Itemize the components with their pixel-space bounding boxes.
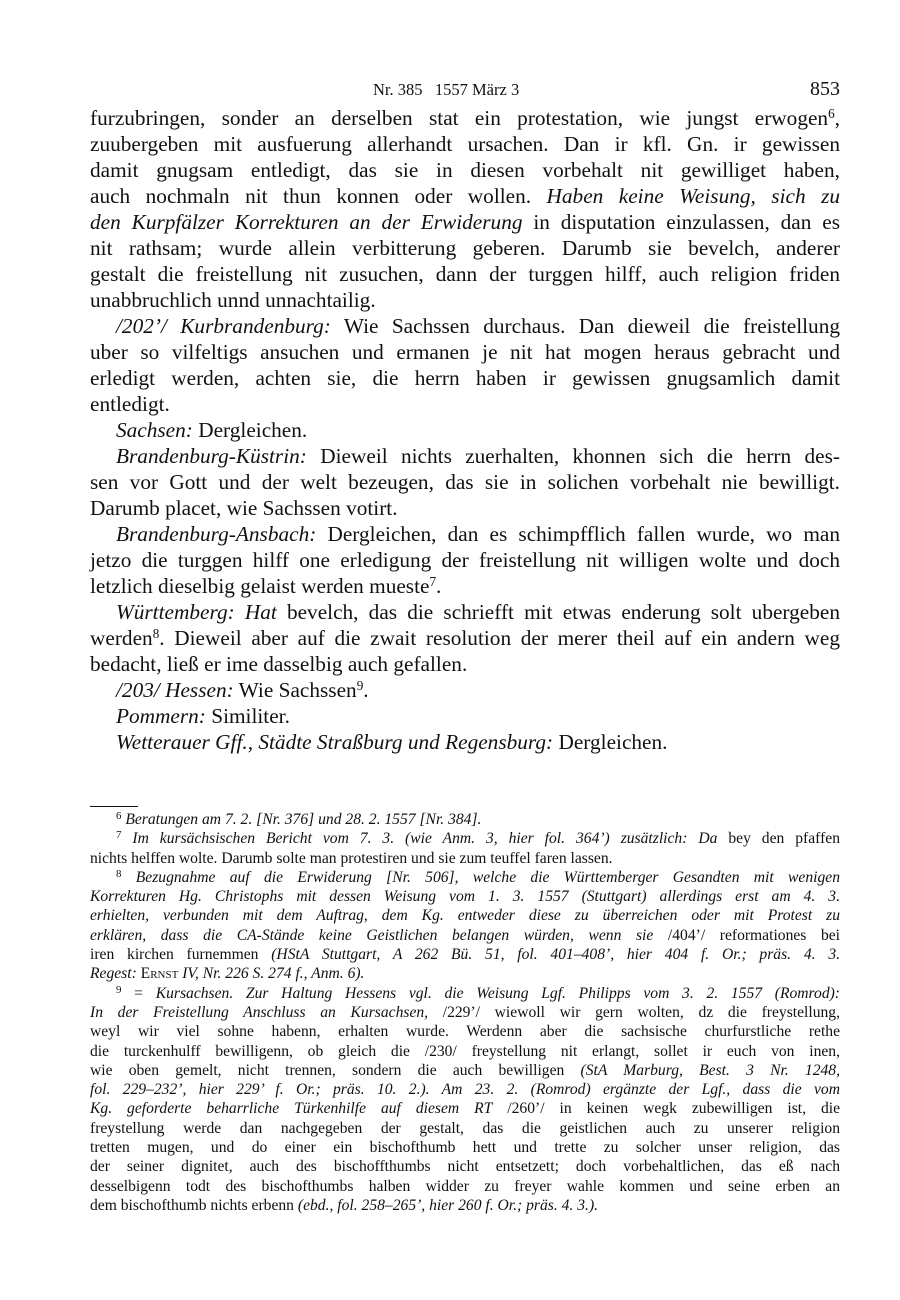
text-run: weyl wir viel sohne habenn, erhalten wur… bbox=[90, 1023, 840, 1040]
page-number: 853 bbox=[810, 78, 840, 101]
text-run: erledigt werden, achten sie, die herrn h… bbox=[90, 366, 840, 390]
text-run: furzubringen, sonder an derselben stat e… bbox=[90, 106, 828, 130]
italic-run: Haben keine Weisung, sich zu bbox=[547, 184, 840, 208]
footnote-reference: 8 bbox=[153, 626, 160, 641]
body-line: zuubergeben mit ausfuerung allerhandt ur… bbox=[90, 131, 840, 157]
footnote-separator bbox=[90, 806, 138, 807]
footnote-line: nichts helffen wolte. Darumb solte man p… bbox=[90, 849, 840, 868]
text-run: iren kirchen furnemmen bbox=[90, 946, 271, 963]
body-line: /202’/ Kurbrandenburg: Wie Sachssen durc… bbox=[90, 313, 840, 339]
body-line: sen vor Gott und der welt bezeugen, das … bbox=[90, 469, 840, 495]
footnote-line: desselbigenn todt des bischofthumbs halb… bbox=[90, 1177, 840, 1196]
small-caps-run: Ernst bbox=[141, 965, 179, 982]
body-line: uber so vilfeltigs ansuchen und ermanen … bbox=[90, 339, 840, 365]
body-line: Württemberg: Hat bevelch, das die schrie… bbox=[90, 599, 840, 625]
footnote-line: freystellung werde dan nachgegeben der g… bbox=[90, 1119, 840, 1138]
footnote-line: erhielten, verbunden mit dem Auftrag, de… bbox=[90, 906, 840, 925]
footnote-line: Regest: Ernst IV, Nr. 226 S. 274 f., Anm… bbox=[90, 964, 840, 983]
italic-run: (ebd., fol. 258–265’, hier 260 f. Or.; p… bbox=[298, 1197, 598, 1214]
text-run: auch nochmaln nit thun konnen oder wolle… bbox=[90, 184, 547, 208]
italic-run: Pommern: bbox=[116, 704, 206, 728]
text-run: , bbox=[835, 106, 840, 130]
running-title: Nr. 385 1557 März 3 bbox=[373, 80, 519, 100]
body-line: entledigt. bbox=[90, 391, 840, 417]
text-run: /260’/ in keinen wegk zubewilligen ist, … bbox=[492, 1100, 840, 1117]
text-run: unabbruchlich unnd unnachtailig. bbox=[90, 288, 376, 312]
italic-run: erhielten, verbunden mit dem Auftrag, de… bbox=[90, 907, 840, 924]
footnote-line: Korrekturen Hg. Christophs mit dessen We… bbox=[90, 887, 840, 906]
text-run: Dergleichen. bbox=[193, 418, 307, 442]
running-header: Nr. 385 1557 März 3 853 bbox=[90, 80, 840, 104]
footnote-line: 6 Beratungen am 7. 2. [Nr. 376] und 28. … bbox=[90, 810, 840, 829]
footnote-line: 8 Bezugnahme auf die Erwiderung [Nr. 506… bbox=[90, 868, 840, 887]
body-line: nit rathsam; wurde allein verbitterung g… bbox=[90, 235, 840, 261]
body-line: Brandenburg-Ansbach: Dergleichen, dan es… bbox=[90, 521, 840, 547]
italic-run: (StA Marburg, Best. 3 Nr. 1248, bbox=[581, 1062, 840, 1079]
text-run: gestalt die freistellung nit zusuchen, d… bbox=[90, 262, 840, 286]
text-run: Dieweil nichts zuerhalten, khonnen sich … bbox=[307, 444, 840, 468]
text-run: letzlich dieselbig gelaist werden mueste bbox=[90, 574, 429, 598]
body-line: erledigt werden, achten sie, die herrn h… bbox=[90, 365, 840, 391]
italic-run: In der Freistellung Anschluss an Kursach… bbox=[90, 1004, 428, 1021]
text-run: . bbox=[436, 574, 441, 598]
italic-run: Korrekturen Hg. Christophs mit dessen We… bbox=[90, 888, 840, 905]
text-run: nichts helffen wolte. Darumb solte man p… bbox=[90, 850, 613, 867]
text-run: zuubergeben mit ausfuerung allerhandt ur… bbox=[90, 132, 840, 156]
footnote-number: 7 bbox=[116, 829, 121, 841]
body-line: /203/ Hessen: Wie Sachssen9. bbox=[90, 677, 840, 703]
footnote-line: 7 Im kursächsischen Bericht vom 7. 3. (w… bbox=[90, 829, 840, 848]
text-run: wie oben gemelt, nicht trennen, sondern … bbox=[90, 1062, 581, 1079]
footnote-line: tretten mugen, und do einer ein bischoft… bbox=[90, 1138, 840, 1157]
text-run: der seiner dignitet, auch des bischoffth… bbox=[90, 1158, 840, 1175]
italic-run: /202’/ Kurbrandenburg: bbox=[116, 314, 331, 338]
text-run: desselbigenn todt des bischofthumbs halb… bbox=[90, 1178, 840, 1195]
body-line: Wetterauer Gff., Städte Straßburg und Re… bbox=[90, 729, 840, 755]
italic-run: fol. 229–232’, hier 229’ f. Or.; präs. 1… bbox=[90, 1081, 840, 1098]
text-run: dem bischofthumb nichts erbenn bbox=[90, 1197, 298, 1214]
italic-run: Beratungen am 7. 2. [Nr. 376] und 28. 2.… bbox=[121, 811, 481, 828]
body-line: Brandenburg-Küstrin: Dieweil nichts zuer… bbox=[90, 443, 840, 469]
footnotes: 6 Beratungen am 7. 2. [Nr. 376] und 28. … bbox=[90, 810, 840, 1215]
footnote-line: der seiner dignitet, auch des bischoffth… bbox=[90, 1157, 840, 1176]
footnote-line: erklären, dass die CA-Stände keine Geist… bbox=[90, 926, 840, 945]
text-run: = bbox=[121, 985, 155, 1002]
text-run: . Dieweil aber auf die zwait resolution … bbox=[159, 626, 840, 650]
text-run: bey den pfaffen bbox=[717, 830, 840, 847]
italic-run: /203/ Hessen: bbox=[116, 678, 234, 702]
body-line: gestalt die freistellung nit zusuchen, d… bbox=[90, 261, 840, 287]
footnote-line: Kg. geforderte beharrliche Türkenhilfe a… bbox=[90, 1099, 840, 1118]
body-line: furzubringen, sonder an derselben stat e… bbox=[90, 105, 840, 131]
body-line: unabbruchlich unnd unnachtailig. bbox=[90, 287, 840, 313]
footnote-reference: 9 bbox=[357, 678, 364, 693]
text-run: tretten mugen, und do einer ein bischoft… bbox=[90, 1139, 840, 1156]
footnote-line: wie oben gemelt, nicht trennen, sondern … bbox=[90, 1061, 840, 1080]
italic-run: Regest: bbox=[90, 965, 141, 982]
body-line: auch nochmaln nit thun konnen oder wolle… bbox=[90, 183, 840, 209]
text-run: Wie Sachssen bbox=[234, 678, 357, 702]
text-run: werden bbox=[90, 626, 153, 650]
text-run: nit rathsam; wurde allein verbitterung g… bbox=[90, 236, 840, 260]
text-run: Dergleichen, dan es schimpfflich fallen … bbox=[316, 522, 840, 546]
italic-run: (HStA Stuttgart, A 262 Bü. 51, fol. 401–… bbox=[271, 946, 840, 963]
italic-run: Württemberg: Hat bbox=[116, 600, 277, 624]
italic-run: Brandenburg-Küstrin: bbox=[116, 444, 307, 468]
italic-run: Brandenburg-Ansbach: bbox=[116, 522, 316, 546]
footnote-line: weyl wir viel sohne habenn, erhalten wur… bbox=[90, 1022, 840, 1041]
text-run: Darumb placet, wie Sachssen votirt. bbox=[90, 496, 398, 520]
footnote-line: die turckenhulff bewilligenn, ob gleich … bbox=[90, 1042, 840, 1061]
italic-run: Kursachsen. Zur Haltung Hessens vgl. die… bbox=[156, 985, 840, 1002]
body-line: damit gnugsam entledigt, das sie in dies… bbox=[90, 157, 840, 183]
main-text: furzubringen, sonder an derselben stat e… bbox=[90, 105, 840, 755]
body-line: jetzo die turggen hilff one erledigung d… bbox=[90, 547, 840, 573]
text-run: Wie Sachssen durchaus. Dan dieweil die f… bbox=[331, 314, 840, 338]
text-run: die turckenhulff bewilligenn, ob gleich … bbox=[90, 1043, 840, 1060]
italic-run: IV, Nr. 226 S. 274 f., Anm. 6). bbox=[178, 965, 364, 982]
text-run: bedacht, ließ er ime dasselbig auch gefa… bbox=[90, 652, 467, 676]
footnote-reference: 7 bbox=[429, 574, 436, 589]
text-run: . bbox=[363, 678, 368, 702]
text-run: damit gnugsam entledigt, das sie in dies… bbox=[90, 158, 840, 182]
text-run: entledigt. bbox=[90, 392, 170, 416]
italic-run: Im kursächsischen Bericht vom 7. 3. (wie… bbox=[121, 830, 717, 847]
text-run: jetzo die turggen hilff one erledigung d… bbox=[90, 548, 840, 572]
text-run: /404’/ reformationes bei bbox=[653, 927, 840, 944]
footnote-line: fol. 229–232’, hier 229’ f. Or.; präs. 1… bbox=[90, 1080, 840, 1099]
footnote-number: 8 bbox=[116, 868, 121, 880]
italic-run: Bezugnahme auf die Erwiderung [Nr. 506],… bbox=[121, 869, 840, 886]
footnote-number: 6 bbox=[116, 810, 121, 822]
body-line: letzlich dieselbig gelaist werden mueste… bbox=[90, 573, 840, 599]
body-line: werden8. Dieweil aber auf die zwait reso… bbox=[90, 625, 840, 651]
footnote-line: dem bischofthumb nichts erbenn (ebd., fo… bbox=[90, 1196, 840, 1215]
document-page: Nr. 385 1557 März 3 853 furzubringen, so… bbox=[0, 0, 900, 1300]
text-run: in disputation einzulassen, dan es bbox=[523, 210, 841, 234]
italic-run: erklären, dass die CA-Stände keine Geist… bbox=[90, 927, 653, 944]
footnote-line: In der Freistellung Anschluss an Kursach… bbox=[90, 1003, 840, 1022]
italic-run: Sachsen: bbox=[116, 418, 193, 442]
italic-run: den Kurpfälzer Korrekturen an der Erwide… bbox=[90, 210, 523, 234]
body-line: bedacht, ließ er ime dasselbig auch gefa… bbox=[90, 651, 840, 677]
footnote-line: iren kirchen furnemmen (HStA Stuttgart, … bbox=[90, 945, 840, 964]
text-run: bevelch, das die schriefft mit etwas end… bbox=[277, 600, 840, 624]
italic-run: Kg. geforderte beharrliche Türkenhilfe a… bbox=[90, 1100, 492, 1117]
text-run: sen vor Gott und der welt bezeugen, das … bbox=[90, 470, 840, 494]
text-run: /229’/ wiewoll wir gern wolten, dz die f… bbox=[428, 1004, 840, 1021]
body-line: Pommern: Similiter. bbox=[90, 703, 840, 729]
body-line: den Kurpfälzer Korrekturen an der Erwide… bbox=[90, 209, 840, 235]
text-run: freystellung werde dan nachgegeben der g… bbox=[90, 1120, 840, 1137]
footnote-line: 9 = Kursachsen. Zur Haltung Hessens vgl.… bbox=[90, 984, 840, 1003]
body-line: Sachsen: Dergleichen. bbox=[90, 417, 840, 443]
footnote-reference: 6 bbox=[828, 106, 835, 121]
text-run: Similiter. bbox=[206, 704, 290, 728]
text-run: uber so vilfeltigs ansuchen und ermanen … bbox=[90, 340, 840, 364]
body-line: Darumb placet, wie Sachssen votirt. bbox=[90, 495, 840, 521]
text-run: Dergleichen. bbox=[553, 730, 667, 754]
footnote-number: 9 bbox=[116, 984, 121, 996]
italic-run: Wetterauer Gff., Städte Straßburg und Re… bbox=[116, 730, 553, 754]
